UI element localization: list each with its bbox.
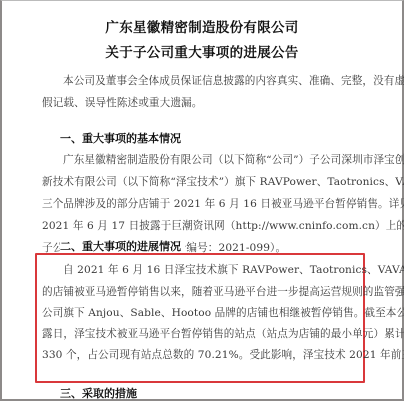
section2-line: 露日，泽宝技术被亚马逊平台暂停销售的站点（站点为店铺的最小单元）累计为 (42, 326, 404, 341)
section1-line: 新技术有限公司（以下简称“泽宝技术”）旗下 RAVPower、Taotronic… (42, 174, 404, 189)
preamble-line: 假记载、误导性陈述或重大遗漏。 (42, 95, 202, 110)
announcement-title: 关于子公司重大事项的进展公告 (0, 41, 404, 61)
section1-line: 广东星徽精密制造股份有限公司（以下简称“公司”）子公司深圳市泽宝创 (63, 152, 404, 167)
section3-heading: 三、采取的措施 (60, 385, 137, 401)
section1-heading: 一、重大事项的基本情况 (60, 130, 181, 146)
section2-line: 自 2021 年 6 月 16 日泽宝技术旗下 RAVPower、Taotron… (63, 262, 404, 277)
section2-line: 公司旗下 Anjou、Sable、Hootoo 品牌的店铺也相继被暂停销售。截至… (42, 305, 404, 320)
section2-line: 的店铺被亚马逊暂停销售以来，随着亚马逊平台进一步提高运营规则的监管强度， (42, 284, 404, 299)
section2-line: 330 个，占公司现有站点总数的 70.21%。受此影响，泽宝技术 2021 年… (42, 347, 404, 362)
section1-line: 2021 年 6 月 17 日披露于巨潮资讯网（http://www.cninf… (42, 218, 404, 233)
preamble-line: 本公司及董事会全体成员保证信息披露的内容真实、准确、完整，没有虚 (63, 73, 404, 88)
section2-heading: 二、重大事项的进展情况 (60, 238, 185, 254)
section1-line: 三个品牌涉及的部分店铺于 2021 年 6 月 16 日被亚马逊平台暂停销售。详… (42, 196, 404, 211)
company-title: 广东星徽精密制造股份有限公司 (0, 16, 404, 36)
